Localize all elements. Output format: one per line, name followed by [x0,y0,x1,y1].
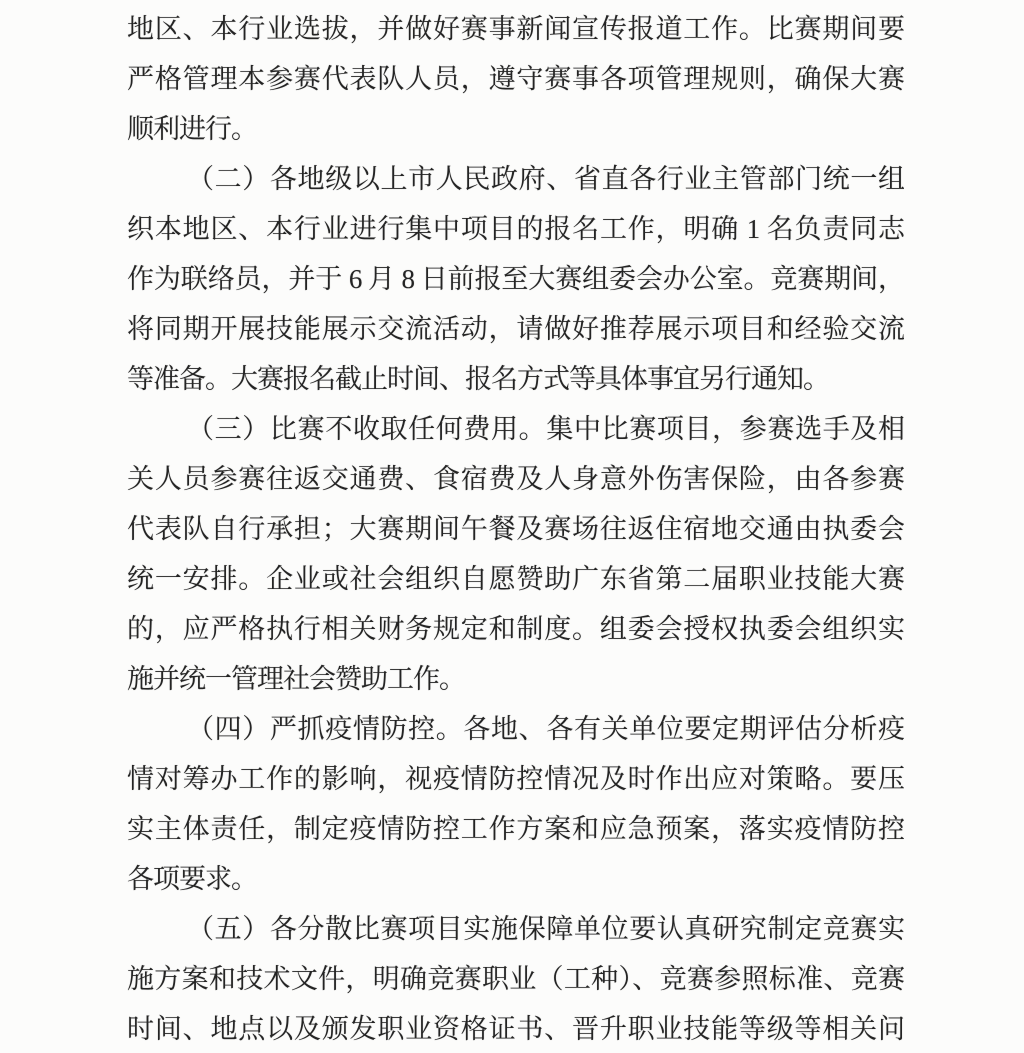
document-line: 实主体责任，制定疫情防控工作方案和应急预案，落实疫情防控 [127,804,904,854]
document-line: （四）严抓疫情防控。各地、各有关单位要定期评估分析疫 [127,704,904,754]
document-line: 作为联络员，并于 6 月 8 日前报至大赛组委会办公室。竞赛期间， [127,254,904,304]
document-line: 将同期开展技能展示交流活动，请做好推荐展示项目和经验交流 [127,304,904,354]
document-line: 代表队自行承担；大赛期间午餐及赛场往返住宿地交通由执委会 [127,504,904,554]
document-line: 等准备。大赛报名截止时间、报名方式等具体事宜另行通知。 [127,354,904,404]
document-line: （五）各分散比赛项目实施保障单位要认真研究制定竞赛实 [127,904,904,954]
document-line: 顺利进行。 [127,104,904,154]
document-line: 施方案和技术文件，明确竞赛职业（工种）、竞赛参照标准、竞赛 [127,954,904,1004]
document-line: 统一安排。企业或社会组织自愿赞助广东省第二届职业技能大赛 [127,554,904,604]
document-text-block: 地区、本行业选拔，并做好赛事新闻宣传报道工作。比赛期间要 严格管理本参赛代表队人… [127,4,904,1053]
document-line: （二）各地级以上市人民政府、省直各行业主管部门统一组 [127,154,904,204]
document-line: 施并统一管理社会赞助工作。 [127,654,904,704]
document-line: 织本地区、本行业进行集中项目的报名工作，明确 1 名负责同志 [127,204,904,254]
document-line: 关人员参赛往返交通费、食宿费及人身意外伤害保险，由各参赛 [127,454,904,504]
document-page: 地区、本行业选拔，并做好赛事新闻宣传报道工作。比赛期间要 严格管理本参赛代表队人… [0,0,1024,1053]
document-line: 时间、地点以及颁发职业资格证书、晋升职业技能等级等相关问 [127,1004,904,1053]
document-line: 的，应严格执行相关财务规定和制度。组委会授权执委会组织实 [127,604,904,654]
document-line: 各项要求。 [127,854,904,904]
document-line: （三）比赛不收取任何费用。集中比赛项目，参赛选手及相 [127,404,904,454]
document-line: 地区、本行业选拔，并做好赛事新闻宣传报道工作。比赛期间要 [127,4,904,54]
document-line: 严格管理本参赛代表队人员，遵守赛事各项管理规则，确保大赛 [127,54,904,104]
document-line: 情对筹办工作的影响，视疫情防控情况及时作出应对策略。要压 [127,754,904,804]
